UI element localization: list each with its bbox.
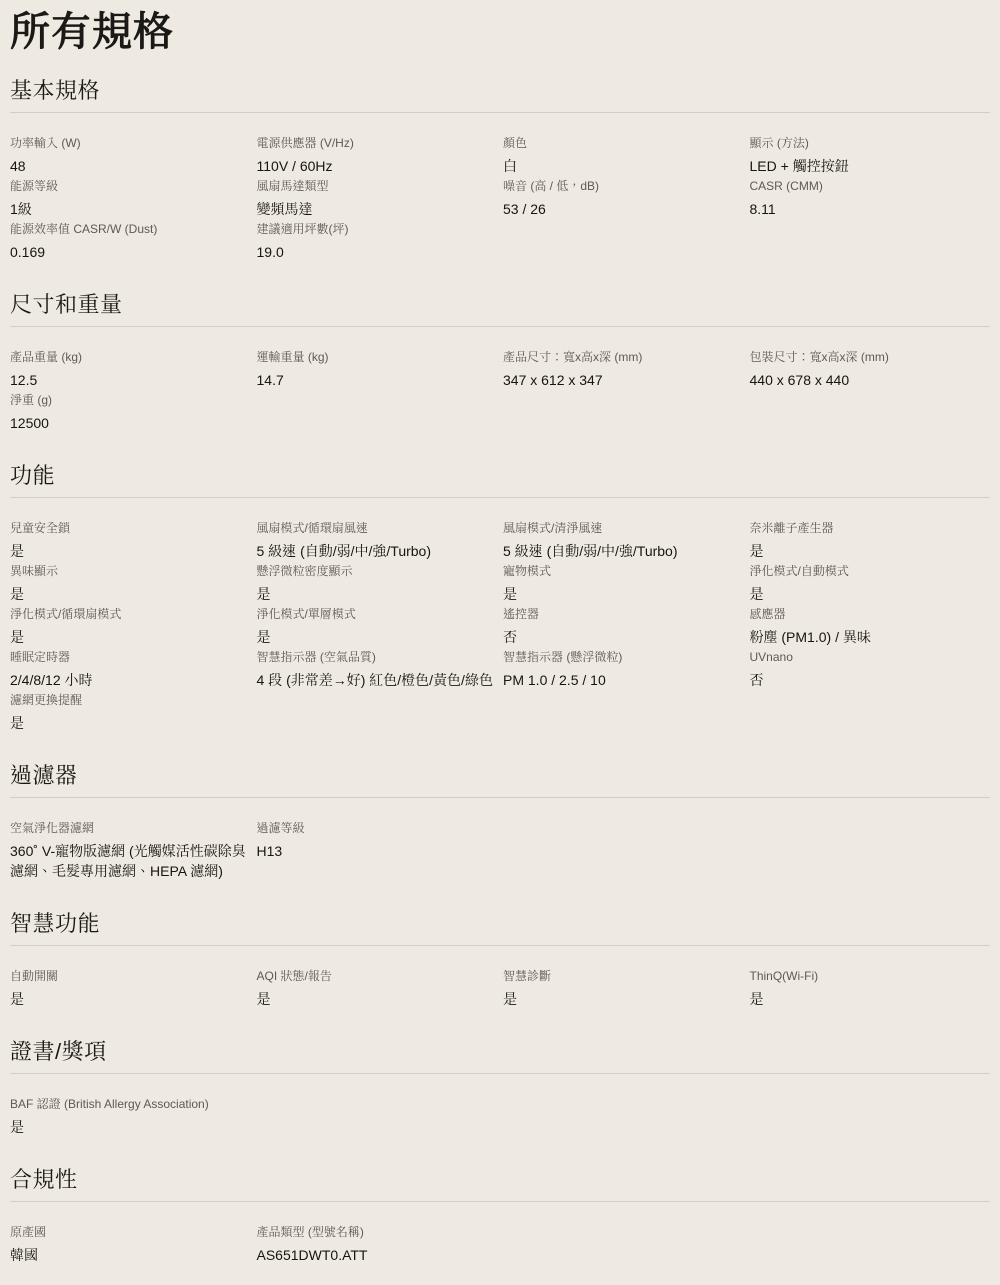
spec-label: 淨化模式/自動模式: [750, 563, 987, 580]
spec-label: 感應器: [750, 606, 987, 623]
spec-item: ThinQ(Wi-Fi)是: [750, 968, 991, 1009]
spec-label: 空氣淨化器濾網: [10, 820, 247, 837]
spec-label: 淨化模式/循環扇模式: [10, 606, 247, 623]
spec-section: 功能兒童安全鎖是風扇模式/循環扇風速5 級速 (自動/弱/中/強/Turbo)風…: [10, 463, 990, 733]
spec-value: 是: [503, 989, 740, 1009]
spec-item: 原產國韓國: [10, 1224, 251, 1265]
spec-item: 能源效率值 CASR/W (Dust)0.169: [10, 221, 251, 262]
spec-item: 功率輸入 (W)48: [10, 135, 251, 176]
spec-label: 奈米離子產生器: [750, 520, 987, 537]
spec-value: 14.7: [257, 370, 494, 390]
spec-value: 8.11: [750, 199, 987, 219]
spec-value: 12.5: [10, 370, 247, 390]
spec-item: 建議適用坪數(坪)19.0: [257, 221, 498, 262]
page-title: 所有規格: [10, 8, 990, 56]
spec-label: 顏色: [503, 135, 740, 152]
spec-value: 是: [10, 713, 247, 733]
spec-grid: 原產國韓國產品類型 (型號名稱)AS651DWT0.ATT: [10, 1202, 990, 1265]
spec-item: 淨化模式/自動模式是: [750, 563, 991, 604]
spec-value: 變頻馬達: [257, 199, 494, 219]
spec-page: 所有規格 基本規格功率輸入 (W)48電源供應器 (V/Hz)110V / 60…: [0, 0, 1000, 1285]
spec-label: 風扇模式/清淨風速: [503, 520, 740, 537]
spec-value: 是: [750, 989, 987, 1009]
spec-value: AS651DWT0.ATT: [257, 1245, 494, 1265]
spec-label: 能源等級: [10, 178, 247, 195]
spec-label: 淨化模式/單層模式: [257, 606, 494, 623]
spec-item: 產品重量 (kg)12.5: [10, 349, 251, 390]
section-heading: 過濾器: [10, 763, 990, 798]
spec-grid: BAF 認證 (British Allergy Association)是: [10, 1074, 990, 1137]
spec-label: 能源效率值 CASR/W (Dust): [10, 221, 247, 238]
spec-section: 尺寸和重量產品重量 (kg)12.5運輸重量 (kg)14.7產品尺寸：寬x高x…: [10, 292, 990, 433]
spec-item: 過濾等級H13: [257, 820, 498, 881]
spec-section: 證書/獎項BAF 認證 (British Allergy Association…: [10, 1039, 990, 1137]
spec-label: 產品重量 (kg): [10, 349, 247, 366]
section-heading: 證書/獎項: [10, 1039, 990, 1074]
spec-value: 是: [10, 989, 247, 1009]
spec-label: 自動開關: [10, 968, 247, 985]
spec-item: 電源供應器 (V/Hz)110V / 60Hz: [257, 135, 498, 176]
spec-label: 建議適用坪數(坪): [257, 221, 494, 238]
spec-label: ThinQ(Wi-Fi): [750, 968, 987, 985]
spec-item: 空氣淨化器濾網360˚ V-寵物版濾網 (光觸媒活性碳除臭濾網、毛髮專用濾網、H…: [10, 820, 251, 881]
spec-value: 是: [257, 584, 494, 604]
spec-label: 產品類型 (型號名稱): [257, 1224, 494, 1241]
spec-label: 電源供應器 (V/Hz): [257, 135, 494, 152]
spec-value: 否: [503, 627, 740, 647]
spec-value: 粉塵 (PM1.0) / 異味: [750, 627, 987, 647]
spec-item: 淨化模式/循環扇模式是: [10, 606, 251, 647]
spec-value: 是: [10, 584, 247, 604]
spec-label: 顯示 (方法): [750, 135, 987, 152]
spec-item: UVnano否: [750, 649, 991, 690]
spec-value: 440 x 678 x 440: [750, 370, 987, 390]
spec-label: 淨重 (g): [10, 392, 247, 409]
spec-item: 顯示 (方法)LED + 觸控按鈕: [750, 135, 991, 176]
spec-item: 寵物模式是: [503, 563, 744, 604]
spec-item: 懸浮微粒密度顯示是: [257, 563, 498, 604]
spec-label: 異味顯示: [10, 563, 247, 580]
spec-section: 智慧功能自動開關是AQI 狀態/報告是智慧診斷是ThinQ(Wi-Fi)是: [10, 911, 990, 1009]
section-heading: 智慧功能: [10, 911, 990, 946]
spec-value: H13: [257, 841, 494, 861]
spec-grid: 兒童安全鎖是風扇模式/循環扇風速5 級速 (自動/弱/中/強/Turbo)風扇模…: [10, 498, 990, 733]
spec-item: 智慧診斷是: [503, 968, 744, 1009]
spec-item: 智慧指示器 (空氣品質)4 段 (非常差→好) 紅色/橙色/黃色/綠色: [257, 649, 498, 690]
spec-value: 否: [750, 670, 987, 690]
spec-label: 運輸重量 (kg): [257, 349, 494, 366]
spec-item: BAF 認證 (British Allergy Association)是: [10, 1096, 251, 1137]
spec-label: 包裝尺寸：寬x高x深 (mm): [750, 349, 987, 366]
spec-value: 5 級速 (自動/弱/中/強/Turbo): [257, 541, 494, 561]
spec-value: 是: [10, 541, 247, 561]
spec-label: 寵物模式: [503, 563, 740, 580]
spec-value: 是: [257, 989, 494, 1009]
spec-item: 奈米離子產生器是: [750, 520, 991, 561]
spec-item: 風扇模式/清淨風速5 級速 (自動/弱/中/強/Turbo): [503, 520, 744, 561]
spec-item: 顏色白: [503, 135, 744, 176]
spec-item: 噪音 (高 / 低，dB)53 / 26: [503, 178, 744, 219]
spec-label: 功率輸入 (W): [10, 135, 247, 152]
spec-item: CASR (CMM)8.11: [750, 178, 991, 219]
section-heading: 尺寸和重量: [10, 292, 990, 327]
spec-value: 5 級速 (自動/弱/中/強/Turbo): [503, 541, 740, 561]
spec-item: 產品尺寸：寬x高x深 (mm)347 x 612 x 347: [503, 349, 744, 390]
spec-item: 運輸重量 (kg)14.7: [257, 349, 498, 390]
spec-label: 兒童安全鎖: [10, 520, 247, 537]
spec-value: 48: [10, 156, 247, 176]
section-heading: 功能: [10, 463, 990, 498]
spec-value: 0.169: [10, 242, 247, 262]
spec-label: CASR (CMM): [750, 178, 987, 195]
spec-value: 53 / 26: [503, 199, 740, 219]
spec-value: 347 x 612 x 347: [503, 370, 740, 390]
spec-label: 原產國: [10, 1224, 247, 1241]
spec-value: 是: [257, 627, 494, 647]
spec-value: 2/4/8/12 小時: [10, 670, 247, 690]
spec-item: 能源等級1級: [10, 178, 251, 219]
spec-item: 產品類型 (型號名稱)AS651DWT0.ATT: [257, 1224, 498, 1265]
spec-value: 是: [750, 541, 987, 561]
spec-section: 基本規格功率輸入 (W)48電源供應器 (V/Hz)110V / 60Hz顏色白…: [10, 78, 990, 262]
spec-label: BAF 認證 (British Allergy Association): [10, 1096, 247, 1113]
spec-label: 濾網更換提醒: [10, 692, 247, 709]
spec-label: 噪音 (高 / 低，dB): [503, 178, 740, 195]
spec-label: 智慧診斷: [503, 968, 740, 985]
spec-label: 智慧指示器 (空氣品質): [257, 649, 494, 666]
spec-value: 1級: [10, 199, 247, 219]
spec-value: 是: [750, 584, 987, 604]
spec-label: AQI 狀態/報告: [257, 968, 494, 985]
spec-item: 包裝尺寸：寬x高x深 (mm)440 x 678 x 440: [750, 349, 991, 390]
spec-value: 110V / 60Hz: [257, 156, 494, 176]
spec-label: 遙控器: [503, 606, 740, 623]
spec-label: UVnano: [750, 649, 987, 666]
spec-item: 淨化模式/單層模式是: [257, 606, 498, 647]
spec-value: 19.0: [257, 242, 494, 262]
spec-label: 智慧指示器 (懸浮微粒): [503, 649, 740, 666]
spec-value: 360˚ V-寵物版濾網 (光觸媒活性碳除臭濾網、毛髮專用濾網、HEPA 濾網): [10, 841, 247, 881]
spec-item: 淨重 (g)12500: [10, 392, 251, 433]
spec-label: 過濾等級: [257, 820, 494, 837]
spec-value: LED + 觸控按鈕: [750, 156, 987, 176]
section-heading: 合規性: [10, 1167, 990, 1202]
spec-label: 產品尺寸：寬x高x深 (mm): [503, 349, 740, 366]
spec-value: 12500: [10, 413, 247, 433]
spec-item: 遙控器否: [503, 606, 744, 647]
spec-item: 智慧指示器 (懸浮微粒)PM 1.0 / 2.5 / 10: [503, 649, 744, 690]
spec-label: 風扇模式/循環扇風速: [257, 520, 494, 537]
spec-section: 過濾器空氣淨化器濾網360˚ V-寵物版濾網 (光觸媒活性碳除臭濾網、毛髮專用濾…: [10, 763, 990, 881]
spec-label: 風扇馬達類型: [257, 178, 494, 195]
spec-value: PM 1.0 / 2.5 / 10: [503, 670, 740, 690]
spec-grid: 自動開關是AQI 狀態/報告是智慧診斷是ThinQ(Wi-Fi)是: [10, 946, 990, 1009]
spec-value: 是: [10, 1117, 247, 1137]
spec-label: 睡眠定時器: [10, 649, 247, 666]
spec-item: 異味顯示是: [10, 563, 251, 604]
spec-value: 是: [10, 627, 247, 647]
section-heading: 基本規格: [10, 78, 990, 113]
spec-grid: 產品重量 (kg)12.5運輸重量 (kg)14.7產品尺寸：寬x高x深 (mm…: [10, 327, 990, 433]
spec-value: 白: [503, 156, 740, 176]
spec-label: 懸浮微粒密度顯示: [257, 563, 494, 580]
spec-item: 風扇馬達類型變頻馬達: [257, 178, 498, 219]
spec-item: 睡眠定時器2/4/8/12 小時: [10, 649, 251, 690]
spec-item: 感應器粉塵 (PM1.0) / 異味: [750, 606, 991, 647]
spec-value: 是: [503, 584, 740, 604]
spec-grid: 功率輸入 (W)48電源供應器 (V/Hz)110V / 60Hz顏色白顯示 (…: [10, 113, 990, 262]
spec-item: 自動開關是: [10, 968, 251, 1009]
spec-item: 風扇模式/循環扇風速5 級速 (自動/弱/中/強/Turbo): [257, 520, 498, 561]
spec-value: 韓國: [10, 1245, 247, 1265]
spec-item: 濾網更換提醒是: [10, 692, 251, 733]
spec-item: 兒童安全鎖是: [10, 520, 251, 561]
spec-grid: 空氣淨化器濾網360˚ V-寵物版濾網 (光觸媒活性碳除臭濾網、毛髮專用濾網、H…: [10, 798, 990, 881]
spec-section: 合規性原產國韓國產品類型 (型號名稱)AS651DWT0.ATT: [10, 1167, 990, 1265]
spec-item: AQI 狀態/報告是: [257, 968, 498, 1009]
spec-value: 4 段 (非常差→好) 紅色/橙色/黃色/綠色: [257, 670, 494, 690]
spec-sections: 基本規格功率輸入 (W)48電源供應器 (V/Hz)110V / 60Hz顏色白…: [10, 78, 990, 1265]
